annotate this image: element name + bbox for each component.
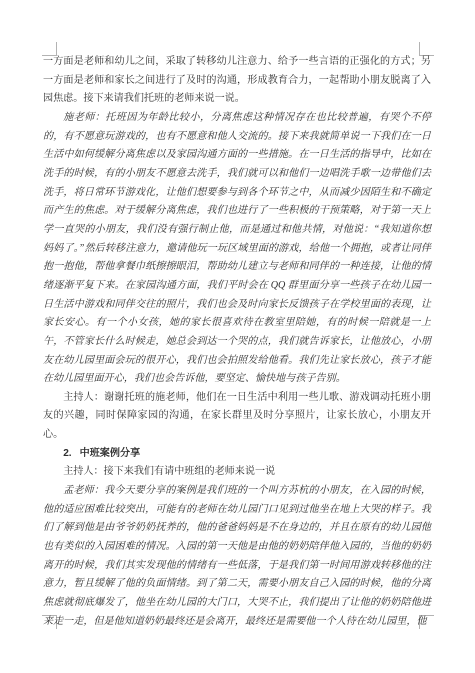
section-heading[interactable]: 2.中班案例分享 <box>43 445 431 464</box>
paragraph-host-invite[interactable]: 主持人：接下来我们有请中班组的老师来说一说 <box>43 463 431 482</box>
paragraph-host-continued[interactable]: 一方面是老师和幼儿之间，采取了转移幼儿注意力、给予一些言语的正强化的方式；另一方… <box>43 53 431 109</box>
paragraph-teacher-meng[interactable]: 孟老师：我今天要分享的案例是我们班的一个叫方苏杭的小朋友，在入园的时候，他的适应… <box>43 482 431 631</box>
section-heading-number: 2. <box>63 448 71 459</box>
section-heading-title: 中班案例分享 <box>80 448 141 459</box>
document-page: 一方面是老师和幼儿之间，采取了转移幼儿注意力、给予一些言语的正强化的方式；另一方… <box>0 0 475 673</box>
document-body[interactable]: 一方面是老师和幼儿之间，采取了转移幼儿注意力、给予一些言语的正强化的方式；另一方… <box>43 53 431 631</box>
paragraph-host-thanks[interactable]: 主持人：谢谢托班的施老师，他们在一日生活中利用一些儿歌、游戏调动托班小朋友的兴趣… <box>43 389 431 445</box>
paragraph-teacher-shi[interactable]: 施老师：托班因为年龄比较小，分离焦虑这种情况存在也比较普遍，有哭个不停的，有不愿… <box>43 109 431 389</box>
